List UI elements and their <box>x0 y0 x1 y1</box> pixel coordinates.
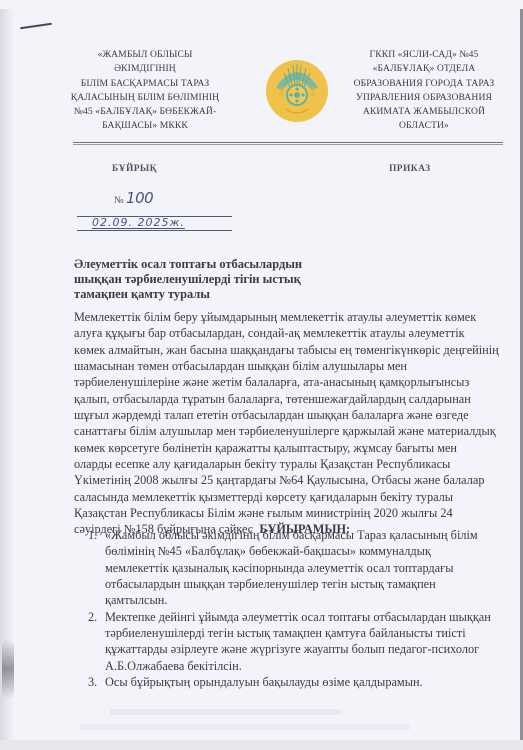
preamble-line: алуға құқығы бар отбасылардан, сондай-ақ… <box>74 325 514 341</box>
org-line: АКИМАТА ЖАМБЫЛСКОЙ <box>346 105 502 119</box>
item-line: тәрбиеленушілерді тегін ыстық тамақпен қ… <box>105 625 514 641</box>
scan-smudge <box>2 639 14 699</box>
item-line: қамтылсын. <box>105 592 514 608</box>
bleed-through-mark <box>80 724 410 730</box>
preamble-line: Үкіметінің 2008 жылғы 25 қаңтардағы №64 … <box>74 472 514 488</box>
preamble-line: шұғыл жәрдемді талап ететін отбасылардан… <box>74 407 514 423</box>
title-line: Әлеуметтік осал топтағы отбасылардын <box>74 257 374 272</box>
order-date-handwritten: 02.09. 2025ж. <box>92 216 185 229</box>
date-underline <box>77 230 232 231</box>
item-number: 3. <box>88 674 97 690</box>
org-line: БАҚШАСЫ» МККК <box>70 119 220 133</box>
org-name-kazakh: «ЖАМБЫЛ ОБЛЫСЫ ӘКІМДІГІНІҢ БІЛІМ БАСҚАРМ… <box>70 48 220 134</box>
scan-bottom-margin <box>0 740 523 750</box>
order-item-3: 3. Осы бұйрықтың орындалуын бақылауды өз… <box>88 674 514 690</box>
preamble: Мемлекеттік білім беру ұйымдарының мемле… <box>74 309 514 538</box>
document-page: «ЖАМБЫЛ ОБЛЫСЫ ӘКІМДІГІНІҢ БІЛІМ БАСҚАРМ… <box>0 9 523 740</box>
preamble-line: шамасынан төмен отбасылардан шыққан білі… <box>74 358 514 374</box>
item-line: Осы бұйрықтың орындалуын бақылауды өзіме… <box>105 674 514 690</box>
state-emblem-icon <box>264 57 330 125</box>
scan-top-margin <box>0 0 523 9</box>
preamble-line: қалып, отбасыларда тұратын балаларға, тө… <box>74 391 514 407</box>
item-line: А.Б.Олжабаева бекітілсін. <box>105 658 514 674</box>
scan-edge-shadow <box>0 9 14 740</box>
org-line: «ЖАМБЫЛ ОБЛЫСЫ ӘКІМДІГІНІҢ <box>70 48 220 77</box>
preamble-line: тәрбиеленушілеріне және жетім балаларға,… <box>74 374 514 390</box>
order-label-kazakh: БҰЙРЫҚ <box>112 164 157 174</box>
header-divider <box>73 142 503 145</box>
org-line: №45 «БАЛБҰЛАҚ» БӨБЕКЖАЙ- <box>70 105 220 119</box>
title-line: шыққан тәрбиеленушілерді тігін ыстық <box>74 272 374 287</box>
bleed-through-mark <box>110 709 340 715</box>
title-line: тамақпен қамту туралы <box>74 287 374 302</box>
preamble-line: көмек көрсетуге бөлінетін қаражатты қалы… <box>74 440 514 456</box>
pen-mark <box>20 23 52 29</box>
item-number: 2. <box>88 609 97 625</box>
item-line: құжаттарды әзірлеуге және жүргізуге жауа… <box>105 641 514 657</box>
org-line: ОБРАЗОВАНИЯ ГОРОДА ТАРАЗ <box>346 77 502 91</box>
item-line: Мектепке дейінгі ұйымда әлеуметтік осал … <box>105 609 514 625</box>
org-line: ОБЛАСТИ» <box>346 119 502 133</box>
order-number: № 100 <box>114 189 153 207</box>
preamble-line: Мемлекеттік білім беру ұйымдарының мемле… <box>74 309 514 325</box>
item-number: 1. <box>88 527 97 543</box>
preamble-line: санаттағы білім алушылар мен тәрбиеленуш… <box>74 423 514 439</box>
order-item-2: 2. Мектепке дейінгі ұйымда әлеуметтік ос… <box>88 609 514 674</box>
org-line: БІЛІМ БАСҚАРМАСЫ ТАРАЗ <box>70 77 220 91</box>
order-item-1: 1. «Жамбыл облысы әкімдігінің білім басқ… <box>88 527 514 609</box>
org-line: «БАЛБҰЛАҚ» ОТДЕЛА <box>346 62 502 76</box>
item-line: отбасылардын шыққан тәрбиеленушілер тегі… <box>105 576 514 592</box>
item-line: бөлімінің №45 «Балбұлақ» бөбекжай-бақшас… <box>105 543 514 559</box>
preamble-line: Қазақстан Республикасы Білім және ғылым … <box>74 505 514 521</box>
document-title: Әлеуметтік осал топтағы отбасылардын шық… <box>74 257 374 303</box>
item-line: «Жамбыл облысы әкімдігінің білім басқарм… <box>105 527 514 543</box>
item-line: мемлекеттік қазыналық кәсіпорнында әлеум… <box>105 560 514 576</box>
number-sign: № <box>114 195 124 206</box>
order-label-russian: ПРИКАЗ <box>389 164 431 174</box>
preamble-line: оларды есепке алу қағидаларын бекіту тур… <box>74 456 514 472</box>
order-number-handwritten: 100 <box>126 189 153 207</box>
order-items: 1. «Жамбыл облысы әкімдігінің білім басқ… <box>88 527 514 690</box>
org-line: ҚАЛАСЫНЫҢ БІЛІМ БӨЛІМІНІҢ <box>70 91 220 105</box>
org-line: ГККП «ЯСЛИ-САД» №45 <box>346 48 502 62</box>
preamble-line: көмек алмайтын, жан басына шаққандағы та… <box>74 342 514 358</box>
org-line: УПРАВЛЕНИЯ ОБРАЗОВАНИЯ <box>346 91 502 105</box>
org-name-russian: ГККП «ЯСЛИ-САД» №45 «БАЛБҰЛАҚ» ОТДЕЛА ОБ… <box>346 48 502 134</box>
preamble-line: саласында мемлекеттік қызметтерді көрсет… <box>74 489 514 505</box>
